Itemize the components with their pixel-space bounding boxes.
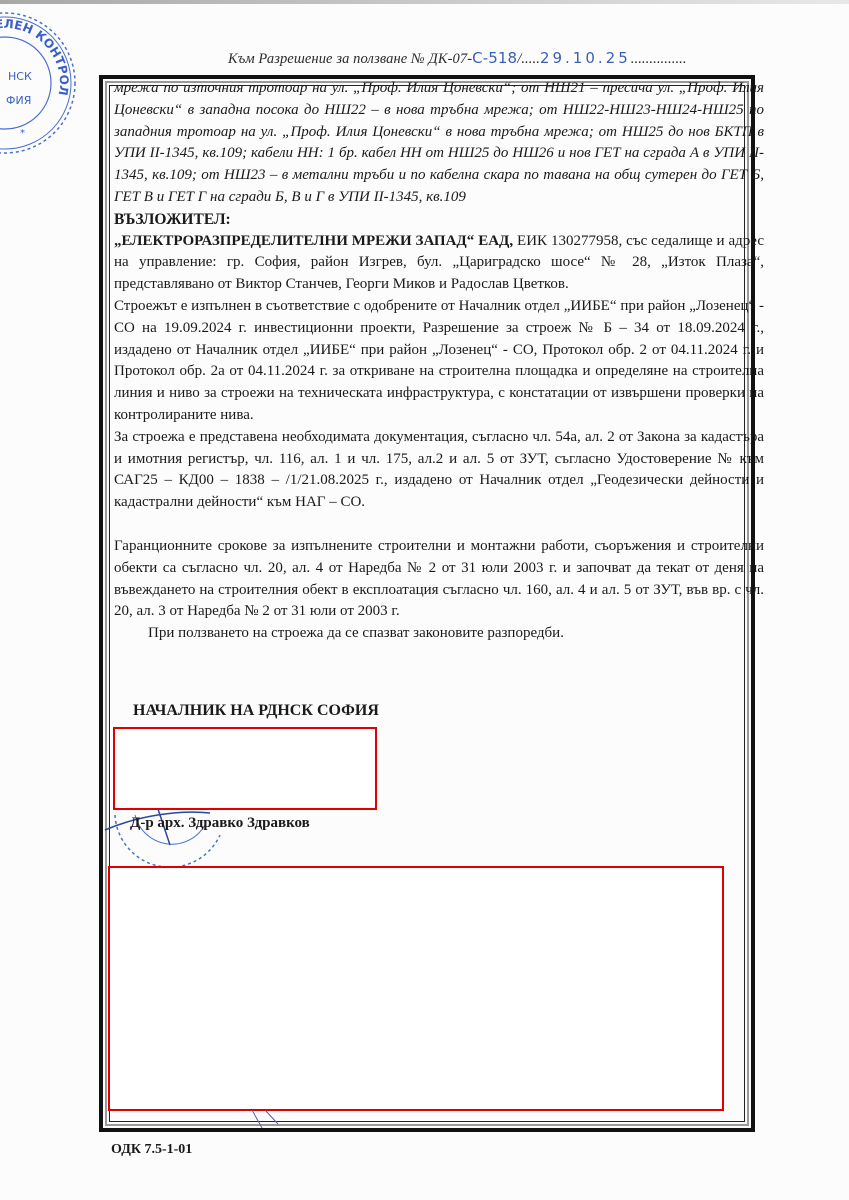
permit-reference-prefix: Към Разрешение за ползване № ДК-07- <box>228 51 472 67</box>
permit-reference: Към Разрешение за ползване № ДК-07-С-518… <box>228 49 687 68</box>
redacted-content-box <box>108 866 724 1111</box>
construction-compliance-paragraph: Строежът е изпълнен в съответствие с одо… <box>114 296 764 427</box>
handwritten-date: 29.10.25 <box>540 49 631 67</box>
stamp-line1: НСК <box>8 70 32 83</box>
signatory-title: НАЧАЛНИК НА РДНСК СОФИЯ <box>133 702 379 720</box>
document-body: мрежа по източния тротоар на ул. „Проф. … <box>114 78 764 645</box>
svg-text:ЕН СТРОИТЕЛЕН КОНТРОЛ: ЕН СТРОИТЕЛЕН КОНТРОЛ <box>0 17 71 97</box>
reference-separator: /..... <box>517 51 540 67</box>
stamp-arc-text: ЕН СТРОИТЕЛЕН КОНТРОЛ <box>0 17 71 97</box>
svg-text:*: * <box>20 128 25 139</box>
documentation-paragraph: За строежа е представена необходимата до… <box>114 427 764 514</box>
assignor-heading: ВЪЗЛОЖИТЕЛ: <box>114 209 764 231</box>
assignor-name: „ЕЛЕКТРОРАЗПРЕДЕЛИТЕЛНИ МРЕЖИ ЗАПАД“ ЕАД… <box>114 233 513 249</box>
signatory-name: Д-р арх. Здравко Здравков <box>130 815 310 832</box>
pen-stroke-icon <box>250 1110 290 1130</box>
closing-paragraph: При ползването на строежа да се спазват … <box>114 623 764 645</box>
warranty-paragraph: Гаранционните срокове за изпълнените стр… <box>114 536 764 623</box>
assignor-paragraph: „ЕЛЕКТРОРАЗПРЕДЕЛИТЕЛНИ МРЕЖИ ЗАПАД“ ЕАД… <box>114 231 764 296</box>
handwritten-permit-number: С-518 <box>472 49 517 67</box>
stamp-line2: ФИЯ <box>6 94 31 107</box>
reference-trailing-dots: ............... <box>631 51 687 67</box>
redacted-signature-box <box>113 727 377 810</box>
scan-top-edge <box>0 0 849 4</box>
official-stamp-icon: ЕН СТРОИТЕЛЕН КОНТРОЛ НСК ФИЯ * <box>0 8 80 158</box>
route-description-paragraph: мрежа по източния тротоар на ул. „Проф. … <box>114 78 764 209</box>
document-form-code: ОДК 7.5-1-01 <box>111 1142 192 1158</box>
